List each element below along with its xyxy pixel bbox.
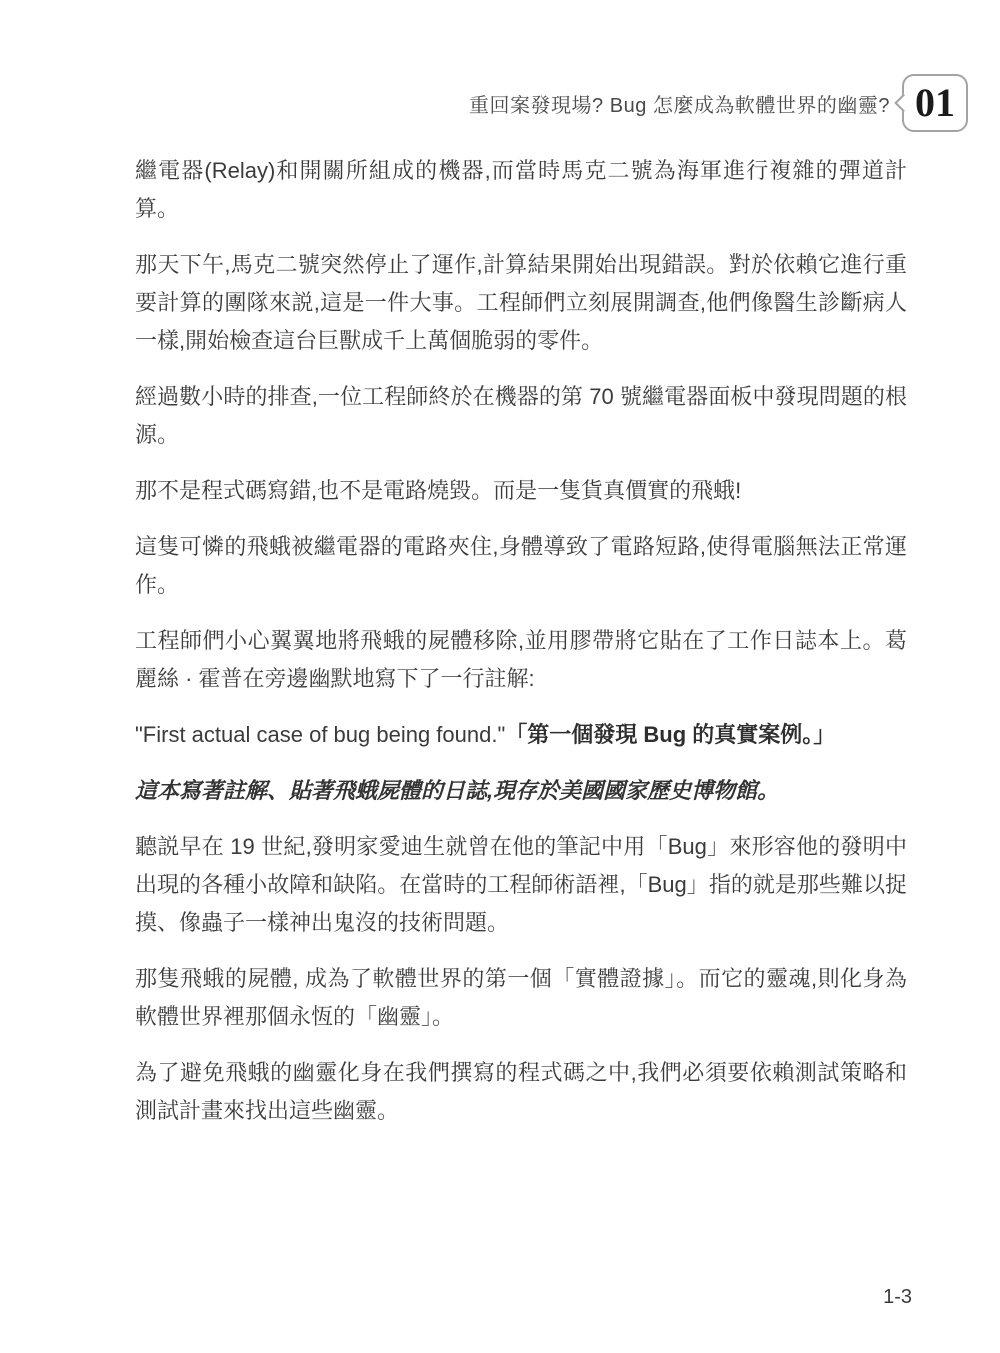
book-page: 重回案發現場? Bug 怎麼成為軟體世界的幽靈? 01 繼電器(Relay)和開…	[0, 0, 1000, 1353]
paragraph-edison: 聽説早在 19 世紀,發明家愛迪生就曾在他的筆記中用「Bug」來形容他的發明中出…	[135, 828, 907, 942]
quote-chinese: 「第一個發現 Bug 的真實案例。」	[505, 722, 835, 747]
paragraph-test-strategy: 為了避免飛蛾的幽靈化身在我們撰寫的程式碼之中,我們必須要依賴測試策略和測試計畫來…	[135, 1054, 907, 1130]
page-body: 繼電器(Relay)和開關所組成的機器,而當時馬克二號為海軍進行複雜的彈道計算。…	[135, 152, 907, 1148]
paragraph-relay-machine: 繼電器(Relay)和開關所組成的機器,而當時馬克二號為海軍進行複雜的彈道計算。	[135, 152, 907, 228]
paragraph-malfunction: 那天下午,馬克二號突然停止了運作,計算結果開始出現錯誤。對於依賴它進行重要計算的…	[135, 246, 907, 360]
paragraph-panel-70: 經過數小時的排查,一位工程師終於在機器的第 70 號繼電器面板中發現問題的根源。	[135, 378, 907, 454]
chapter-header-title: 重回案發現場? Bug 怎麼成為軟體世界的幽靈?	[469, 89, 890, 118]
paragraph-short-circuit: 這隻可憐的飛蛾被繼電器的電路夾住,身體導致了電路短路,使得電腦無法正常運作。	[135, 528, 907, 604]
chapter-number: 01	[915, 83, 955, 123]
paragraph-real-moth: 那不是程式碼寫錯,也不是電路燒毀。而是一隻貨真價實的飛蛾!	[135, 472, 907, 510]
paragraph-museum-note: 這本寫著註解、貼著飛蛾屍體的日誌,現存於美國國家歷史博物館。	[135, 772, 907, 810]
page-footer: 1-3	[883, 1286, 912, 1309]
paragraph-logbook: 工程師們小心翼翼地將飛蛾的屍體移除,並用膠帶將它貼在了工作日誌本上。葛麗絲 · …	[135, 622, 907, 698]
quote-english: "First actual case of bug being found."	[135, 722, 505, 747]
paragraph-ghost: 那隻飛蛾的屍體, 成為了軟體世界的第一個「實體證據」。而它的靈魂,則化身為軟體世…	[135, 960, 907, 1036]
paragraph-quote: "First actual case of bug being found."「…	[135, 716, 907, 754]
page-header: 重回案發現場? Bug 怎麼成為軟體世界的幽靈? 01	[469, 74, 968, 132]
chapter-badge: 01	[902, 74, 968, 132]
page-number: 1-3	[883, 1286, 912, 1308]
badge-pointer-icon	[894, 94, 912, 112]
